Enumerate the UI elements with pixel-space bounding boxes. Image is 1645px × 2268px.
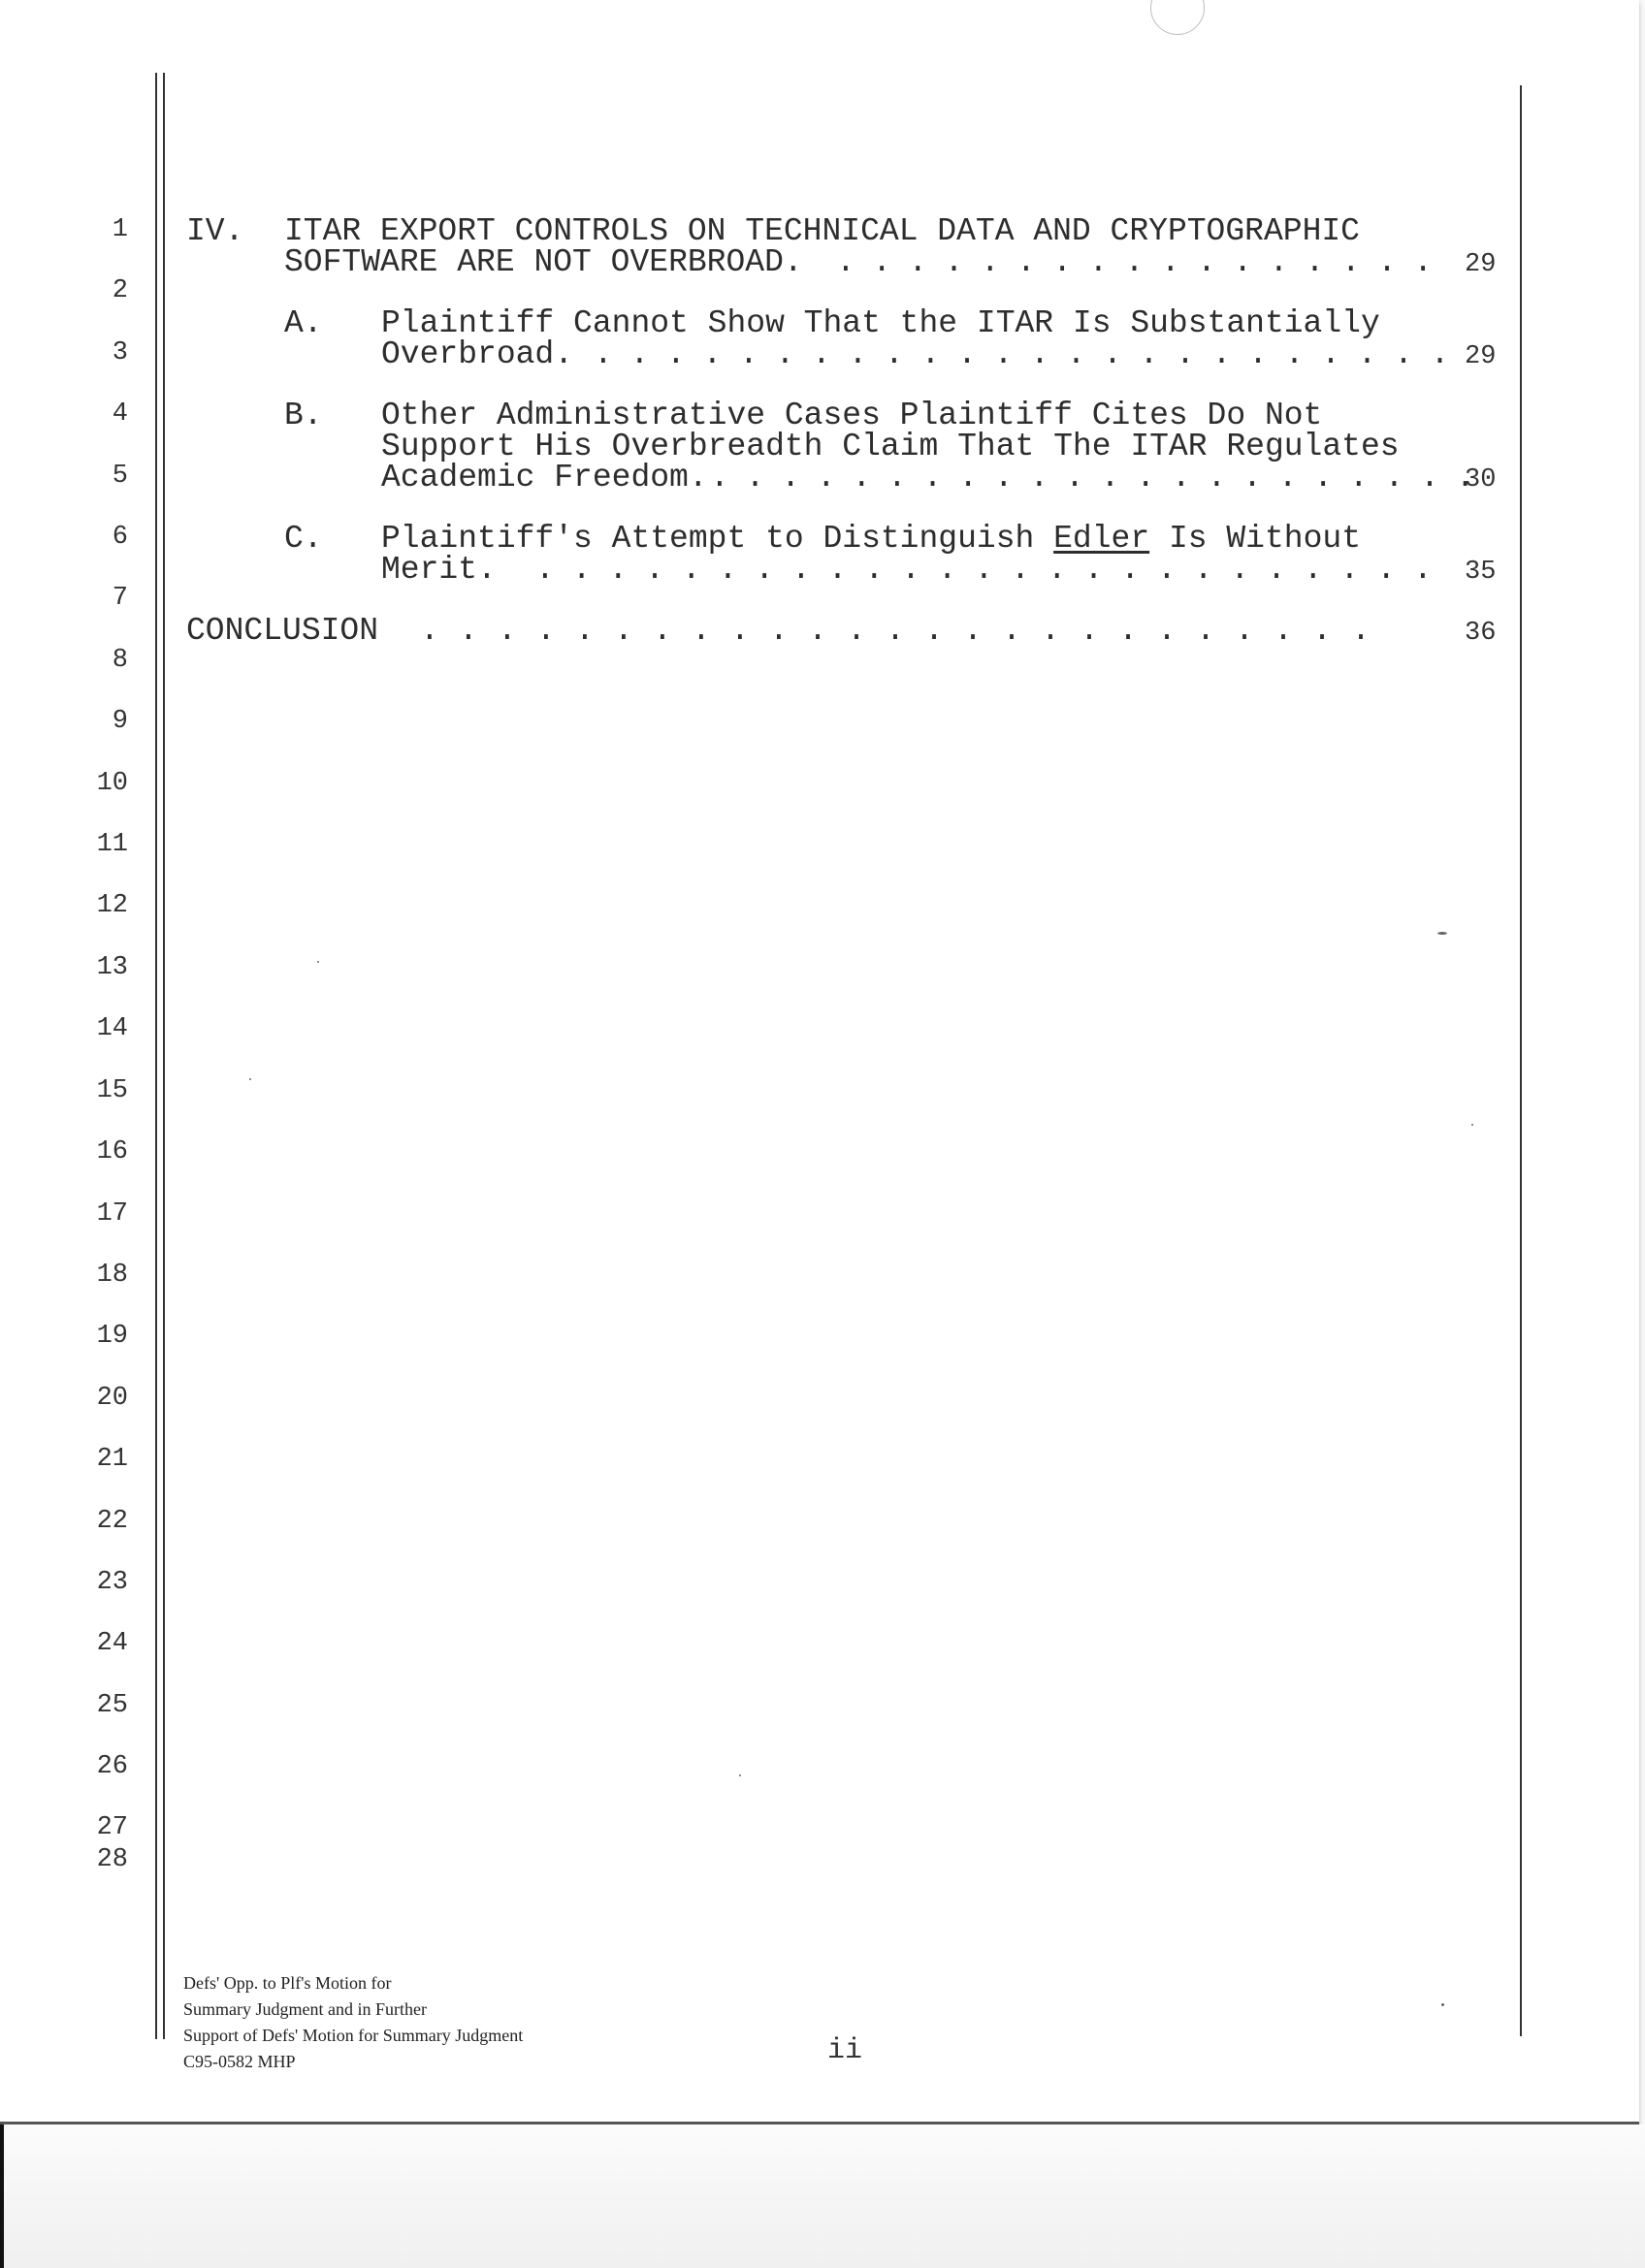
line-number: 7	[70, 584, 128, 613]
line-number: 18	[70, 1261, 128, 1290]
line-number: 9	[70, 707, 128, 736]
toc-page-number: 35	[1465, 558, 1496, 587]
footer-caption: Defs' Opp. to Plf's Motion for Summary J…	[183, 1970, 523, 2075]
scan-speck	[1441, 2003, 1444, 2006]
toc-leader-dots: . . . . . . . . . . . . . . . . .	[836, 246, 1432, 279]
line-number: 13	[70, 953, 128, 982]
toc-page-number: 29	[1465, 342, 1496, 371]
scan-speck	[739, 1774, 741, 1776]
footer-line: Support of Defs' Motion for Summary Judg…	[183, 2023, 523, 2049]
line-number: 16	[70, 1137, 128, 1166]
scan-speck	[1471, 1124, 1473, 1126]
line-number: 14	[70, 1014, 128, 1043]
footer-line: Summary Judgment and in Further	[183, 1996, 523, 2023]
right-margin-rule	[1520, 85, 1522, 2036]
line-number: 17	[70, 1199, 128, 1229]
left-margin-rule-outer	[155, 73, 157, 2039]
line-number: 6	[70, 523, 128, 552]
scan-speck	[249, 1078, 251, 1080]
line-number: 22	[70, 1507, 128, 1536]
line-number: 11	[70, 830, 128, 859]
toc-marker: A.	[284, 307, 323, 340]
line-number: 4	[70, 399, 128, 429]
toc-leader-dots: . . . . . . . . . . . . . . . . . . . . …	[535, 554, 1432, 587]
toc-heading-cont: Academic Freedom.	[381, 462, 708, 495]
toc-leader-dots: . . . . . . . . . . . . . . . . . . . . …	[420, 615, 1371, 648]
line-number: 25	[70, 1691, 128, 1720]
line-number: 24	[70, 1629, 128, 1658]
toc-heading-cont: SOFTWARE ARE NOT OVERBROAD.	[284, 246, 803, 279]
line-number: 21	[70, 1445, 128, 1474]
toc-heading: CONCLUSION	[186, 615, 378, 648]
toc-heading: Other Administrative Cases Plaintiff Cit…	[381, 399, 1322, 432]
toc-leader-dots: . . . . . . . . . . . . . . . . . . . . …	[594, 338, 1448, 371]
toc-heading: ITAR EXPORT CONTROLS ON TECHNICAL DATA A…	[284, 215, 1360, 248]
toc-heading: Plaintiff Cannot Show That the ITAR Is S…	[381, 307, 1380, 340]
line-number: 15	[70, 1076, 128, 1105]
scan-speck	[317, 961, 319, 963]
scanner-background	[0, 2124, 1645, 2268]
toc-page-number: 36	[1465, 619, 1496, 648]
toc-marker: B.	[284, 399, 323, 432]
punch-hole-mark	[1150, 0, 1205, 35]
line-number: 28	[70, 1845, 128, 1874]
line-number: 2	[70, 276, 128, 305]
scanned-page: 1 2 3 4 5 6 7 8 9 10 11 12 13 14 15 16 1…	[0, 0, 1639, 2124]
line-number: 5	[70, 462, 128, 491]
footer-case-number: C95-0582 MHP	[183, 2049, 523, 2075]
toc-heading-cont: Support His Overbreadth Claim That The I…	[381, 431, 1400, 463]
line-number: 26	[70, 1752, 128, 1781]
toc-marker: C.	[284, 523, 323, 556]
left-margin-rule-inner	[163, 73, 165, 2039]
toc-page-number: 29	[1465, 250, 1496, 279]
line-number: 1	[70, 215, 128, 244]
line-number: 10	[70, 769, 128, 798]
toc-heading-cont: Merit.	[381, 554, 497, 587]
line-number: 19	[70, 1322, 128, 1351]
line-number: 20	[70, 1384, 128, 1413]
line-number: 3	[70, 338, 128, 367]
line-number: 12	[70, 891, 128, 920]
scanner-edge-strip	[0, 2124, 4, 2268]
toc-heading-cont: Overbroad.	[381, 338, 573, 371]
line-number: 23	[70, 1568, 128, 1597]
page-number: ii	[827, 2034, 862, 2067]
scan-speck	[1437, 932, 1447, 935]
line-number: 27	[70, 1813, 128, 1842]
toc-page-number: 30	[1465, 465, 1496, 495]
toc-marker: IV.	[186, 215, 243, 248]
line-number: 8	[70, 646, 128, 675]
toc-heading: Plaintiff's Attempt to Distinguish Edler…	[381, 523, 1361, 556]
toc-leader-dots: . . . . . . . . . . . . . . . . . . . . …	[710, 462, 1473, 495]
footer-line: Defs' Opp. to Plf's Motion for	[183, 1970, 523, 1996]
